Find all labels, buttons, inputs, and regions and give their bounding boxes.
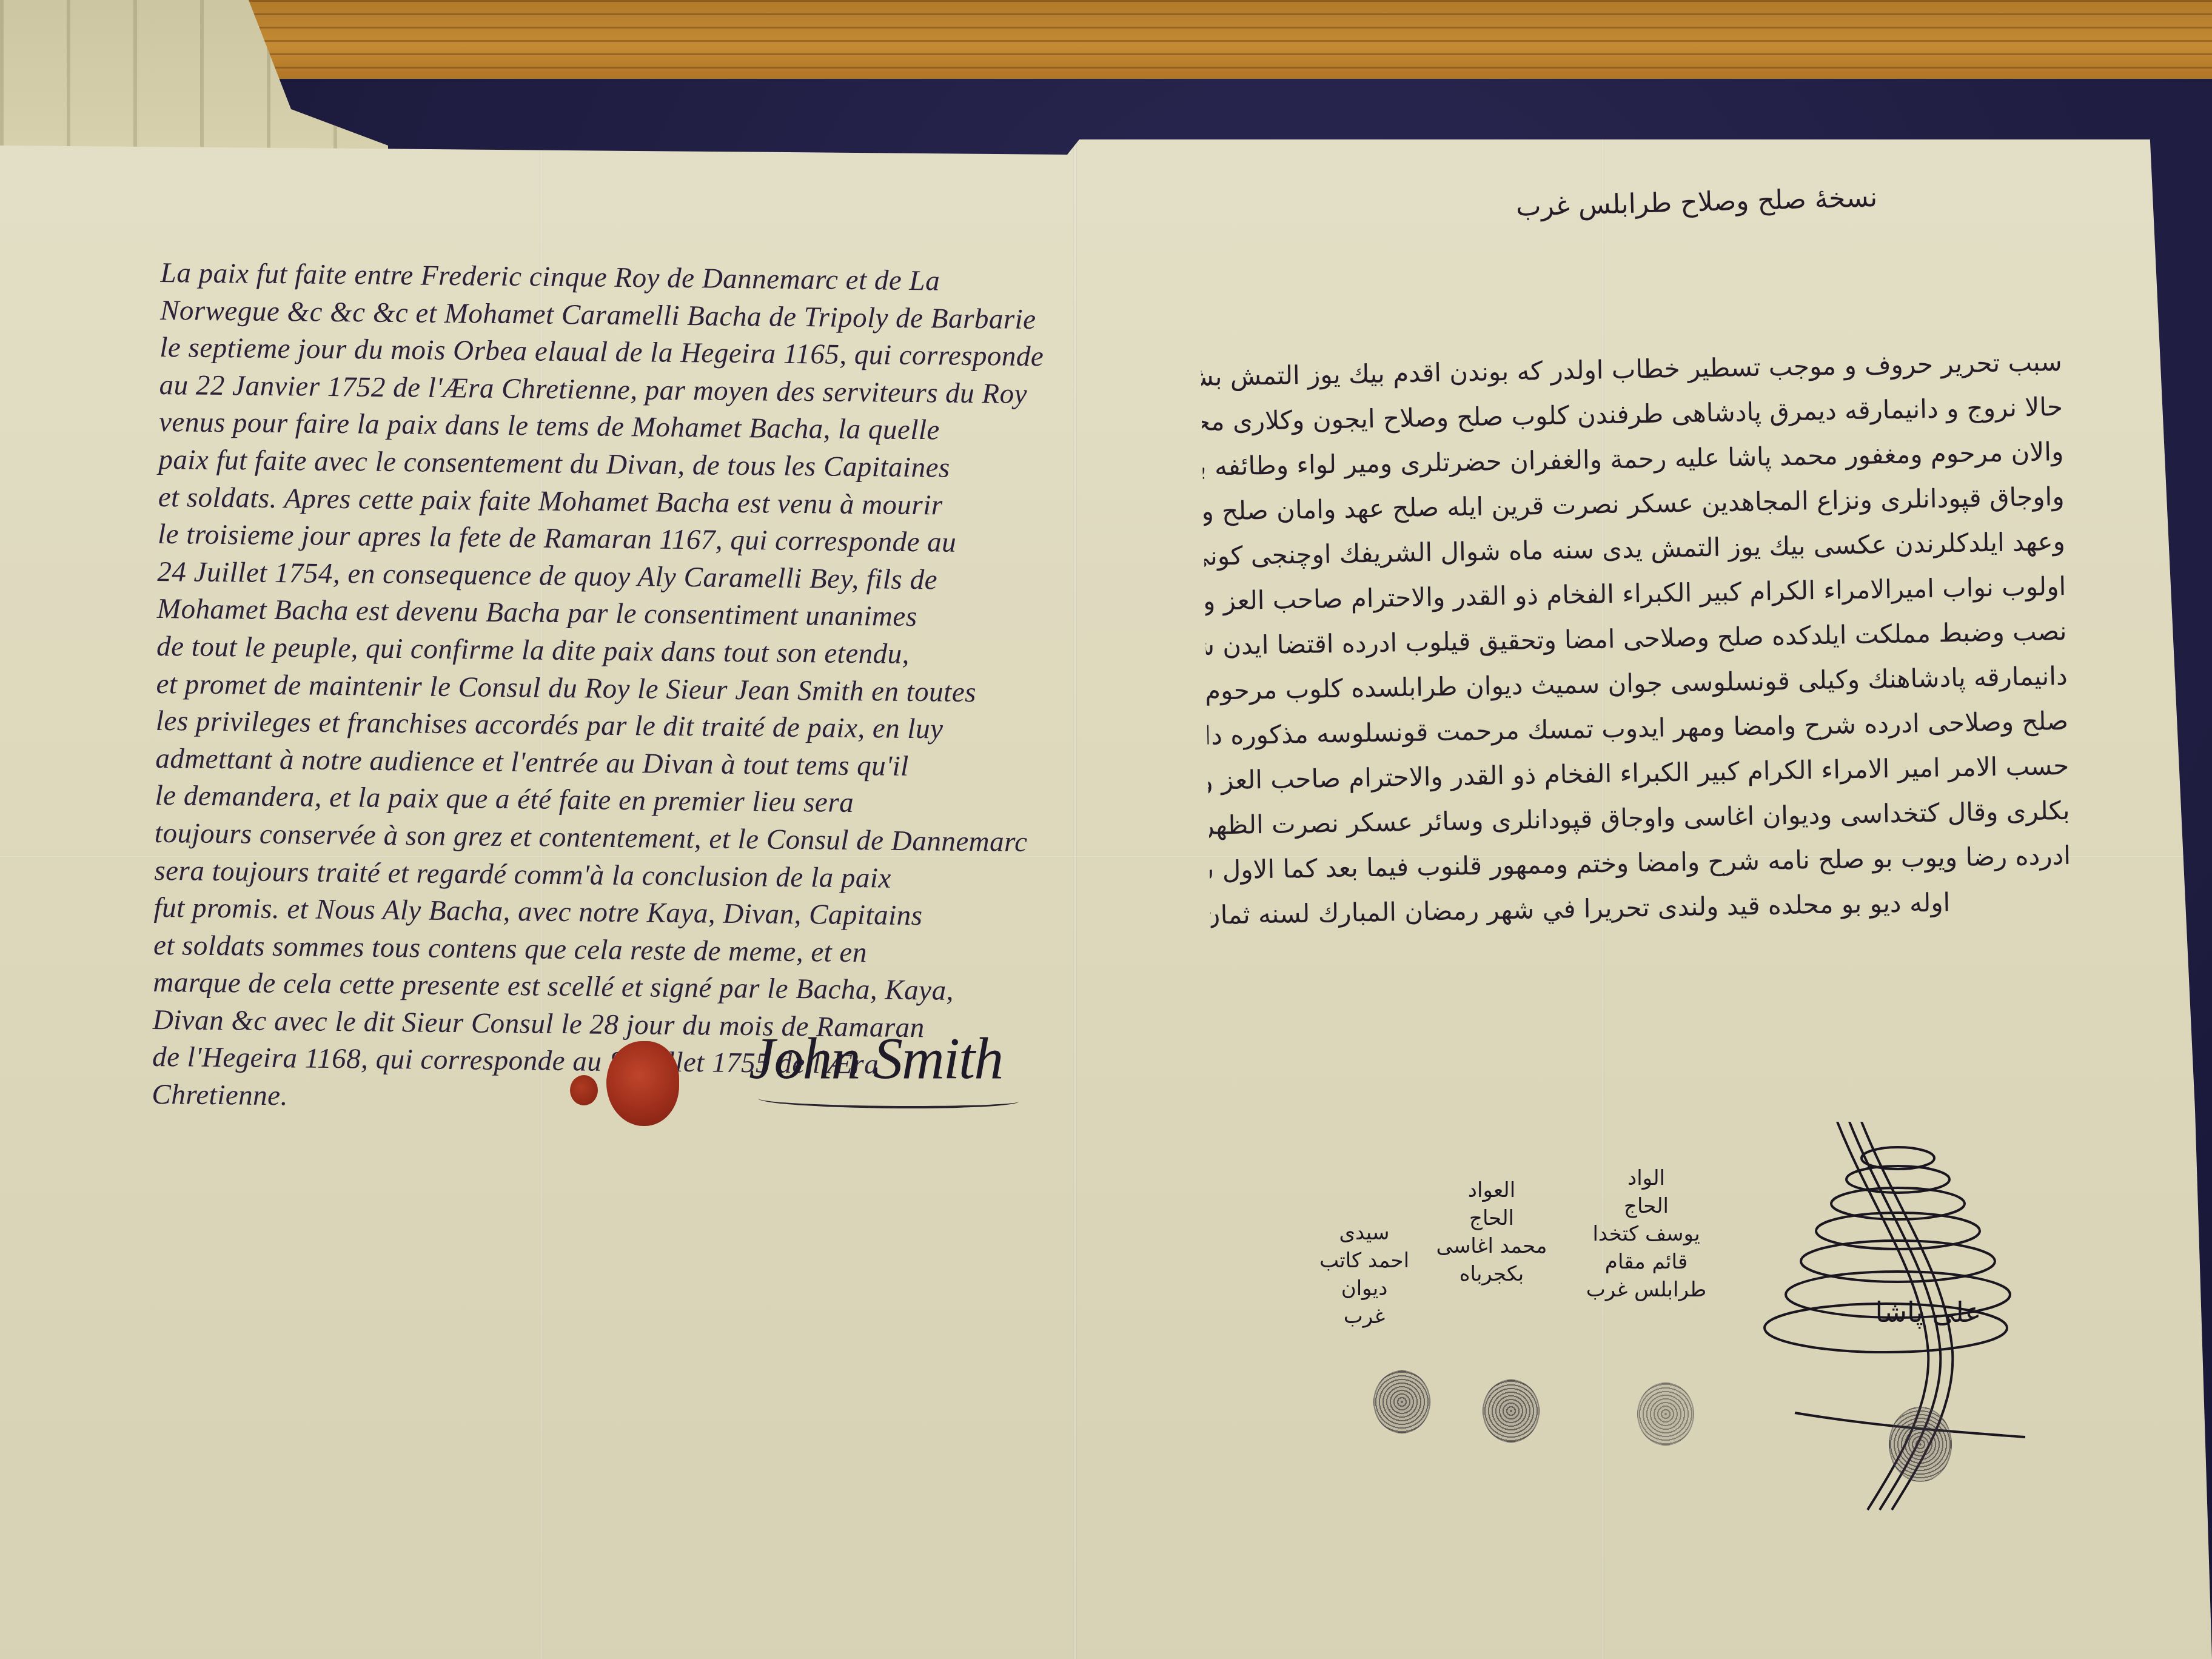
ink-seal-stamp	[1483, 1379, 1540, 1443]
signatory-line: الحاج	[1431, 1204, 1552, 1232]
ottoman-treaty-text: سبب تحرير حروف و موجب تسطير خطاب اولدر ك…	[1201, 340, 2072, 938]
ink-seal-stamp	[1373, 1370, 1430, 1433]
john-smith-signature: John Smith	[749, 1025, 1002, 1093]
signatory-block-3: سيدی احمد كاتب ديوان غرب	[1304, 1219, 1425, 1330]
pasha-tughra-signature: علی پاشا	[1746, 1122, 2086, 1516]
signatory-line: الحاج	[1583, 1192, 1710, 1220]
signatory-line: احمد كاتب	[1304, 1247, 1425, 1275]
signatory-line: ديوان	[1304, 1275, 1425, 1302]
signatory-line: سيدی	[1304, 1219, 1425, 1247]
signatory-line: غرب	[1304, 1302, 1425, 1330]
signatory-line: يوسف كتخدا	[1583, 1220, 1710, 1248]
wooden-table-edge	[0, 0, 2212, 91]
tughra-text: علی پاشا	[1875, 1296, 1981, 1329]
ink-seal-stamp	[1637, 1382, 1694, 1446]
signatory-line: العواد	[1431, 1176, 1552, 1204]
signatory-line: محمد اغاسی	[1431, 1232, 1552, 1260]
signatory-line: قائم مقام	[1583, 1248, 1710, 1276]
red-wax-seal	[606, 1041, 679, 1126]
ink-seal-stamp	[1889, 1407, 1952, 1482]
signatory-line: طرابلس غرب	[1583, 1276, 1710, 1304]
signatory-line: بكجرباه	[1431, 1260, 1552, 1288]
signatory-block-2: العواد الحاج محمد اغاسی بكجرباه	[1431, 1176, 1552, 1288]
signatory-block-1: الواد الحاج يوسف كتخدا قائم مقام طرابلس …	[1583, 1164, 1710, 1304]
french-treaty-text: La paix fut faite entre Frederic cinque …	[152, 255, 1094, 1124]
wax-seal-drip	[570, 1075, 598, 1105]
signatory-line: الواد	[1583, 1164, 1710, 1192]
